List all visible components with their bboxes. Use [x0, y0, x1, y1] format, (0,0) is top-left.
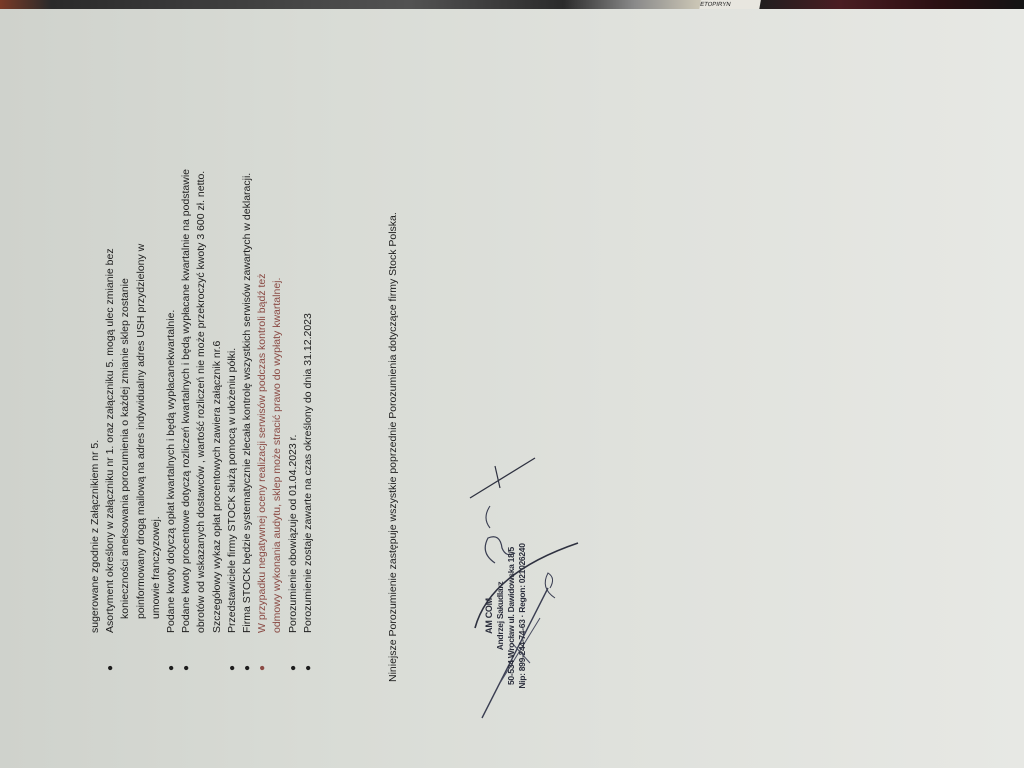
bullet-icon: ●: [255, 651, 270, 671]
bullet-list-item: ●Asortyment określony w załączniku nr 1.…: [103, 73, 118, 713]
line-text: Podane kwoty procentowe dotyczą rozlicze…: [180, 169, 192, 633]
text-line: umowie franczyzowej.: [149, 73, 164, 713]
text-line: obrotów od wskazanych dostawców , wartoś…: [194, 73, 209, 713]
document-page: sugerowane zgodnie z Załącznikiem nr 5.●…: [0, 0, 1024, 768]
line-text: Szczegółowy wykaz opłat procentowych zaw…: [211, 341, 223, 633]
line-text: Porozumienie obowiązuje od 01.04.2023 r.: [287, 435, 299, 633]
bullet-list-item: ●Porozumienie zostaje zawarte na czas ok…: [301, 73, 316, 713]
bullet-icon: ●: [179, 651, 194, 671]
bullet-list-item: ●Firma STOCK będzie systematycznie zleca…: [240, 73, 255, 713]
closing-statement: Niniejsze Porozumienie zastępuje wszystk…: [387, 212, 399, 682]
bullet-icon: ●: [240, 651, 255, 671]
bullet-list-item: ●Podane kwoty procentowe dotyczą rozlicz…: [179, 73, 194, 713]
line-text: Przedstawiciele firmy STOCK służą pomocą…: [226, 348, 238, 633]
text-line: sugerowane zgodnie z Załącznikiem nr 5.: [88, 73, 103, 713]
text-line: odmowy wykonania audytu, sklep może stra…: [270, 73, 285, 713]
document-body: sugerowane zgodnie z Załącznikiem nr 5.●…: [88, 73, 316, 713]
line-text: sugerowane zgodnie z Załącznikiem nr 5.: [89, 440, 101, 633]
bullet-icon: ●: [103, 651, 118, 671]
line-text: W przypadku negatywnej oceny realizacji …: [256, 273, 268, 633]
bullet-list-item: ●Porozumienie obowiązuje od 01.04.2023 r…: [286, 73, 301, 713]
line-text: Porozumienie zostaje zawarte na czas okr…: [302, 313, 314, 633]
stamp-address: 50-534 Wrocław ul. Dawidowska 18/5: [506, 526, 517, 706]
text-line: Szczegółowy wykaz opłat procentowych zaw…: [210, 73, 225, 713]
line-text: umowie franczyzowej.: [150, 516, 162, 619]
bullet-icon: ●: [301, 651, 316, 671]
bullet-list-item: ●Przedstawiciele firmy STOCK służą pomoc…: [225, 73, 240, 713]
stamp-owner-name: Andrzej Sakudlarz: [495, 526, 506, 706]
bullet-icon: ●: [164, 651, 179, 671]
stamp-company-name: AM COM: [484, 526, 495, 706]
line-text: Firma STOCK będzie systematycznie zlecał…: [241, 173, 253, 633]
company-stamp: AM COM Andrzej Sakudlarz 50-534 Wrocław …: [484, 526, 528, 706]
text-line: konieczności aneksowania porozumienia o …: [118, 73, 133, 713]
bullet-icon: ●: [225, 651, 240, 671]
bullet-list-item: ●Podane kwoty dotyczą opłat kwartalnych …: [164, 73, 179, 713]
bullet-list-item: ●W przypadku negatywnej oceny realizacji…: [255, 73, 270, 713]
bullet-icon: ●: [286, 651, 301, 671]
line-text: Asortyment określony w załączniku nr 1. …: [104, 248, 116, 633]
line-text: Podane kwoty dotyczą opłat kwartalnych i…: [165, 310, 177, 633]
line-text: konieczności aneksowania porozumienia o …: [119, 278, 131, 619]
text-line: poinformowany drogą mailową na adres ind…: [134, 73, 149, 713]
signature-icon: [460, 438, 600, 738]
line-text: obrotów od wskazanych dostawców , wartoś…: [195, 171, 207, 633]
stamp-tax-ids: Nip: 899-244-74-63 · Regon: 021026240: [517, 526, 528, 706]
line-text: odmowy wykonania audytu, sklep może stra…: [271, 278, 283, 633]
line-text: poinformowany drogą mailową na adres ind…: [135, 244, 147, 619]
